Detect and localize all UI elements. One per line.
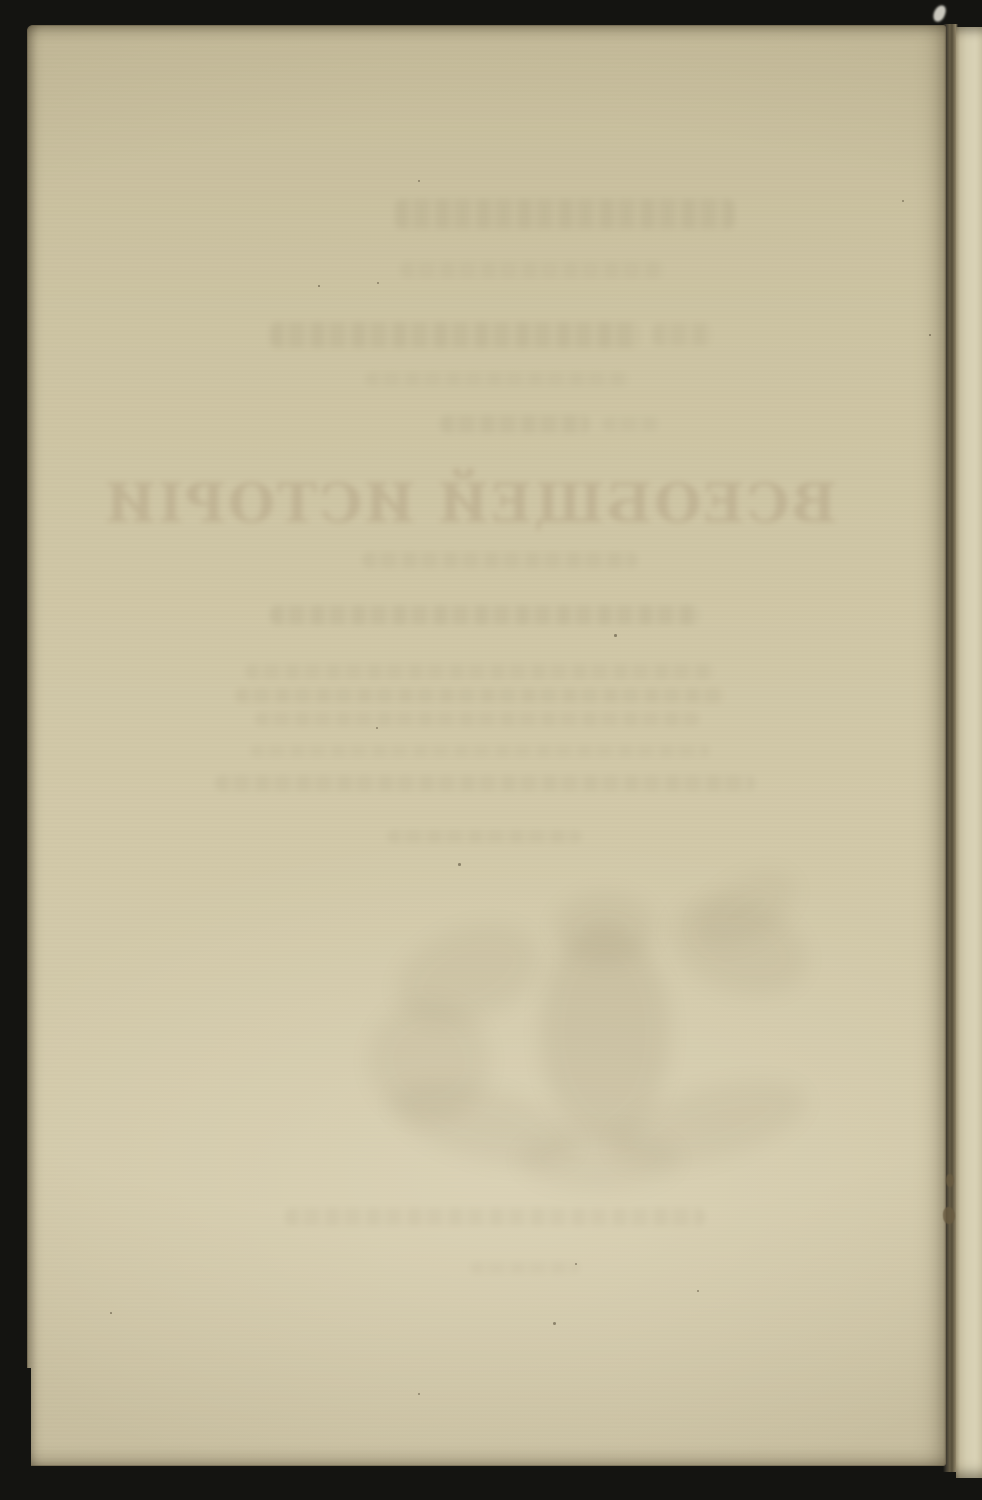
paper-speck xyxy=(318,285,320,287)
paper-speck xyxy=(377,282,379,284)
bleedthrough-text-smudge xyxy=(270,605,700,625)
bleedthrough-text-smudge xyxy=(235,688,725,703)
bleedthrough-text-smudge xyxy=(270,322,640,348)
emblem-blob xyxy=(518,1128,680,1190)
bleedthrough-text-smudge xyxy=(602,417,660,431)
paper-speck xyxy=(110,1312,112,1314)
bleedthrough-text-smudge xyxy=(470,1262,580,1274)
paper-speck xyxy=(697,1290,699,1292)
gutter-fleck xyxy=(946,1174,954,1187)
bleedthrough-text-smudge xyxy=(365,372,630,386)
bleedthrough-text-smudge xyxy=(395,199,735,229)
paper-speck xyxy=(458,863,461,866)
paper-speck xyxy=(614,634,617,637)
bleedthrough-text-smudge xyxy=(250,745,710,757)
scan-border-step xyxy=(0,1368,31,1500)
paper-speck xyxy=(418,1393,420,1395)
paper-speck xyxy=(553,1322,556,1325)
paper-speck xyxy=(929,334,931,336)
bleedthrough-text-smudge xyxy=(245,664,715,679)
paper-speck xyxy=(575,1263,577,1265)
bleedthrough-text-smudge xyxy=(387,830,582,843)
scanner-background: ВСЕОБЩЕЙ ИСТОРІИ xyxy=(0,0,982,1500)
emblem-blob xyxy=(553,892,657,964)
bleedthrough-text-smudge xyxy=(255,712,700,726)
paper-speck xyxy=(902,200,904,202)
paper-speck xyxy=(418,180,420,182)
bleedthrough-title-text: ВСЕОБЩЕЙ ИСТОРІИ xyxy=(193,474,837,540)
bleedthrough-text-smudge xyxy=(400,262,665,278)
next-page-fore-edge xyxy=(956,27,982,1478)
paper-speck xyxy=(376,727,378,729)
bleedthrough-text-smudge xyxy=(440,415,590,433)
bleedthrough-text-smudge xyxy=(362,552,638,568)
bleedthrough-text-smudge xyxy=(285,1208,705,1226)
scan-dust-speck xyxy=(932,4,948,24)
bleedthrough-text-smudge xyxy=(652,323,712,346)
bleedthrough-text-smudge xyxy=(215,775,755,791)
gutter-fleck xyxy=(943,1207,955,1224)
